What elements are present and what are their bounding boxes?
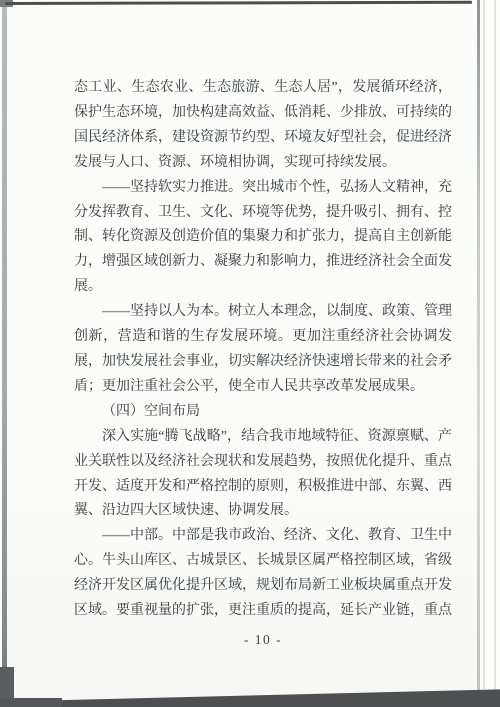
paragraph-takeoff-strategy: 深入实施“腾飞战略”，结合我市地域特征、资源禀赋、产业关联性以及经济社会现状和发…	[74, 425, 452, 525]
section-heading-spatial-layout: （四）空间布局	[74, 400, 452, 425]
scanned-document-page: 态工业、生态农业、生态旅游、生态人居”，发展循环经济，保护生态环境，加快构建高效…	[0, 0, 500, 707]
paragraph-people-oriented: ——坚持以人为本。树立人本理念，以制度、政策、管理创新，营造和谐的生存发展环境。…	[74, 300, 452, 400]
page-edge-line-right-inner	[477, 0, 480, 691]
scan-foot-bottom-left	[0, 698, 62, 707]
text-block: 态工业、生态农业、生态旅游、生态人居”，发展循环经济，保护生态环境，加快构建高效…	[74, 76, 452, 624]
page-edge-line-right-outer	[494, 0, 496, 690]
paragraph-central-region: ——中部。中部是我市政治、经济、文化、教育、卫生中心。牛头山库区、古城景区、长城…	[74, 524, 452, 624]
page-number: - 10 -	[74, 632, 452, 648]
scan-edge-left	[2, 0, 7, 707]
page-edge-line-right-middle	[483, 0, 485, 689]
paragraph-continuation: 态工业、生态农业、生态旅游、生态人居”，发展循环经济，保护生态环境，加快构建高效…	[74, 76, 452, 176]
paragraph-soft-power: ——坚持软实力推进。突出城市个性，弘扬人文精神，充分发挥教育、卫生、文化、环境等…	[74, 176, 452, 301]
